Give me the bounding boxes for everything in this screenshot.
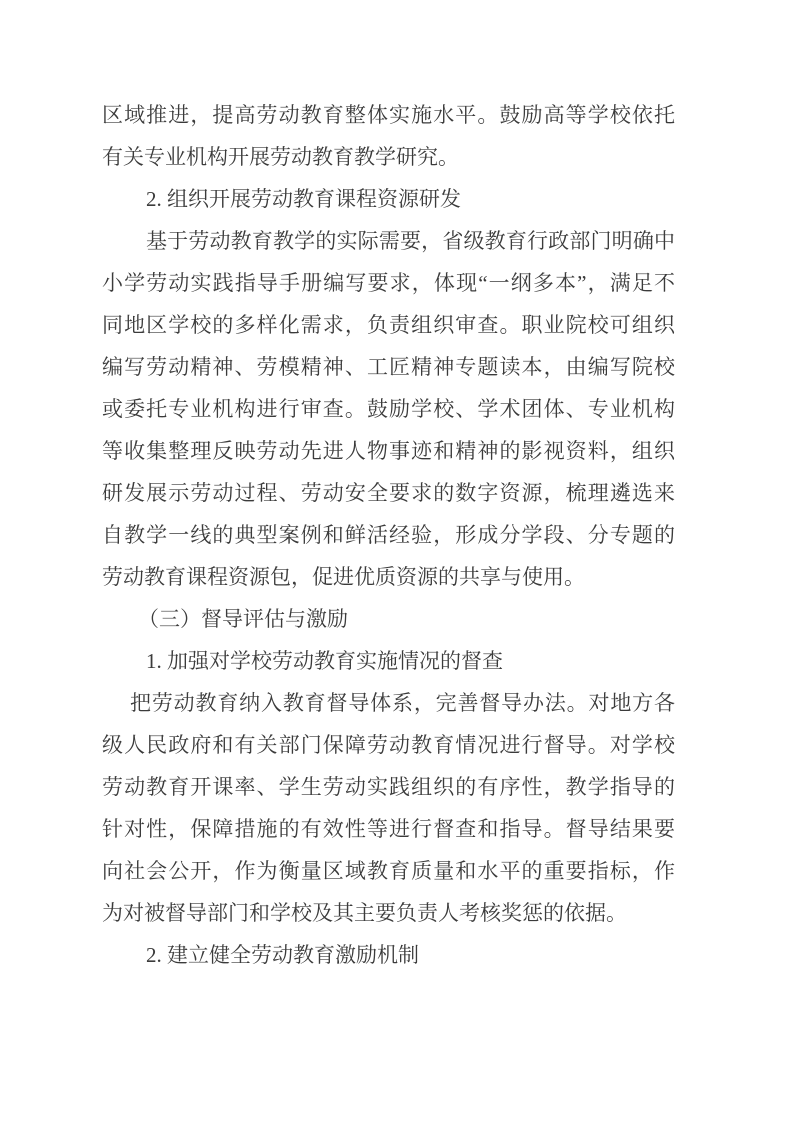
- text-line: 为对被督导部门和学校及其主要负责人考核奖惩的依据。: [102, 892, 675, 934]
- text-line: （三）督导评估与激励: [102, 598, 675, 640]
- paragraph: （三）督导评估与激励: [102, 598, 675, 640]
- text-line: 或委托专业机构进行审查。鼓励学校、学术团体、专业机构: [102, 388, 675, 430]
- text-line: 研发展示劳动过程、劳动安全要求的数字资源，梳理遴选来: [102, 472, 675, 514]
- paragraph: 2. 建立健全劳动教育激励机制: [102, 934, 675, 976]
- paragraph: 基于劳动教育教学的实际需要，省级教育行政部门明确中小学劳动实践指导手册编写要求，…: [102, 220, 675, 598]
- text-line: 自教学一线的典型案例和鲜活经验，形成分学段、分专题的: [102, 514, 675, 556]
- text-line: 把劳动教育纳入教育督导体系，完善督导办法。对地方各: [102, 682, 675, 724]
- text-line: 基于劳动教育教学的实际需要，省级教育行政部门明确中: [102, 220, 675, 262]
- paragraph: 2. 组织开展劳动教育课程资源研发: [102, 178, 675, 220]
- text-line: 编写劳动精神、劳模精神、工匠精神专题读本，由编写院校: [102, 346, 675, 388]
- text-line: 劳动教育课程资源包，促进优质资源的共享与使用。: [102, 556, 675, 598]
- text-line: 等收集整理反映劳动先进人物事迹和精神的影视资料，组织: [102, 430, 675, 472]
- paragraph: 区域推进，提高劳动教育整体实施水平。鼓励高等学校依托有关专业机构开展劳动教育教学…: [102, 94, 675, 178]
- text-line: 区域推进，提高劳动教育整体实施水平。鼓励高等学校依托: [102, 94, 675, 136]
- text-line: 小学劳动实践指导手册编写要求，体现“一纲多本”，满足不: [102, 262, 675, 304]
- text-line: 级人民政府和有关部门保障劳动教育情况进行督导。对学校: [102, 724, 675, 766]
- text-line: 针对性，保障措施的有效性等进行督查和指导。督导结果要: [102, 808, 675, 850]
- paragraph: 把劳动教育纳入教育督导体系，完善督导办法。对地方各级人民政府和有关部门保障劳动教…: [102, 682, 675, 934]
- text-line: 劳动教育开课率、学生劳动实践组织的有序性，教学指导的: [102, 766, 675, 808]
- text-line: 2. 组织开展劳动教育课程资源研发: [102, 178, 675, 220]
- text-line: 有关专业机构开展劳动教育教学研究。: [102, 136, 675, 178]
- text-line: 2. 建立健全劳动教育激励机制: [102, 934, 675, 976]
- document-text-block: 区域推进，提高劳动教育整体实施水平。鼓励高等学校依托有关专业机构开展劳动教育教学…: [102, 94, 675, 976]
- document-page: 区域推进，提高劳动教育整体实施水平。鼓励高等学校依托有关专业机构开展劳动教育教学…: [0, 0, 793, 1122]
- paragraph: 1. 加强对学校劳动教育实施情况的督查: [102, 640, 675, 682]
- text-line: 1. 加强对学校劳动教育实施情况的督查: [102, 640, 675, 682]
- text-line: 向社会公开，作为衡量区域教育质量和水平的重要指标，作: [102, 850, 675, 892]
- text-line: 同地区学校的多样化需求，负责组织审查。职业院校可组织: [102, 304, 675, 346]
